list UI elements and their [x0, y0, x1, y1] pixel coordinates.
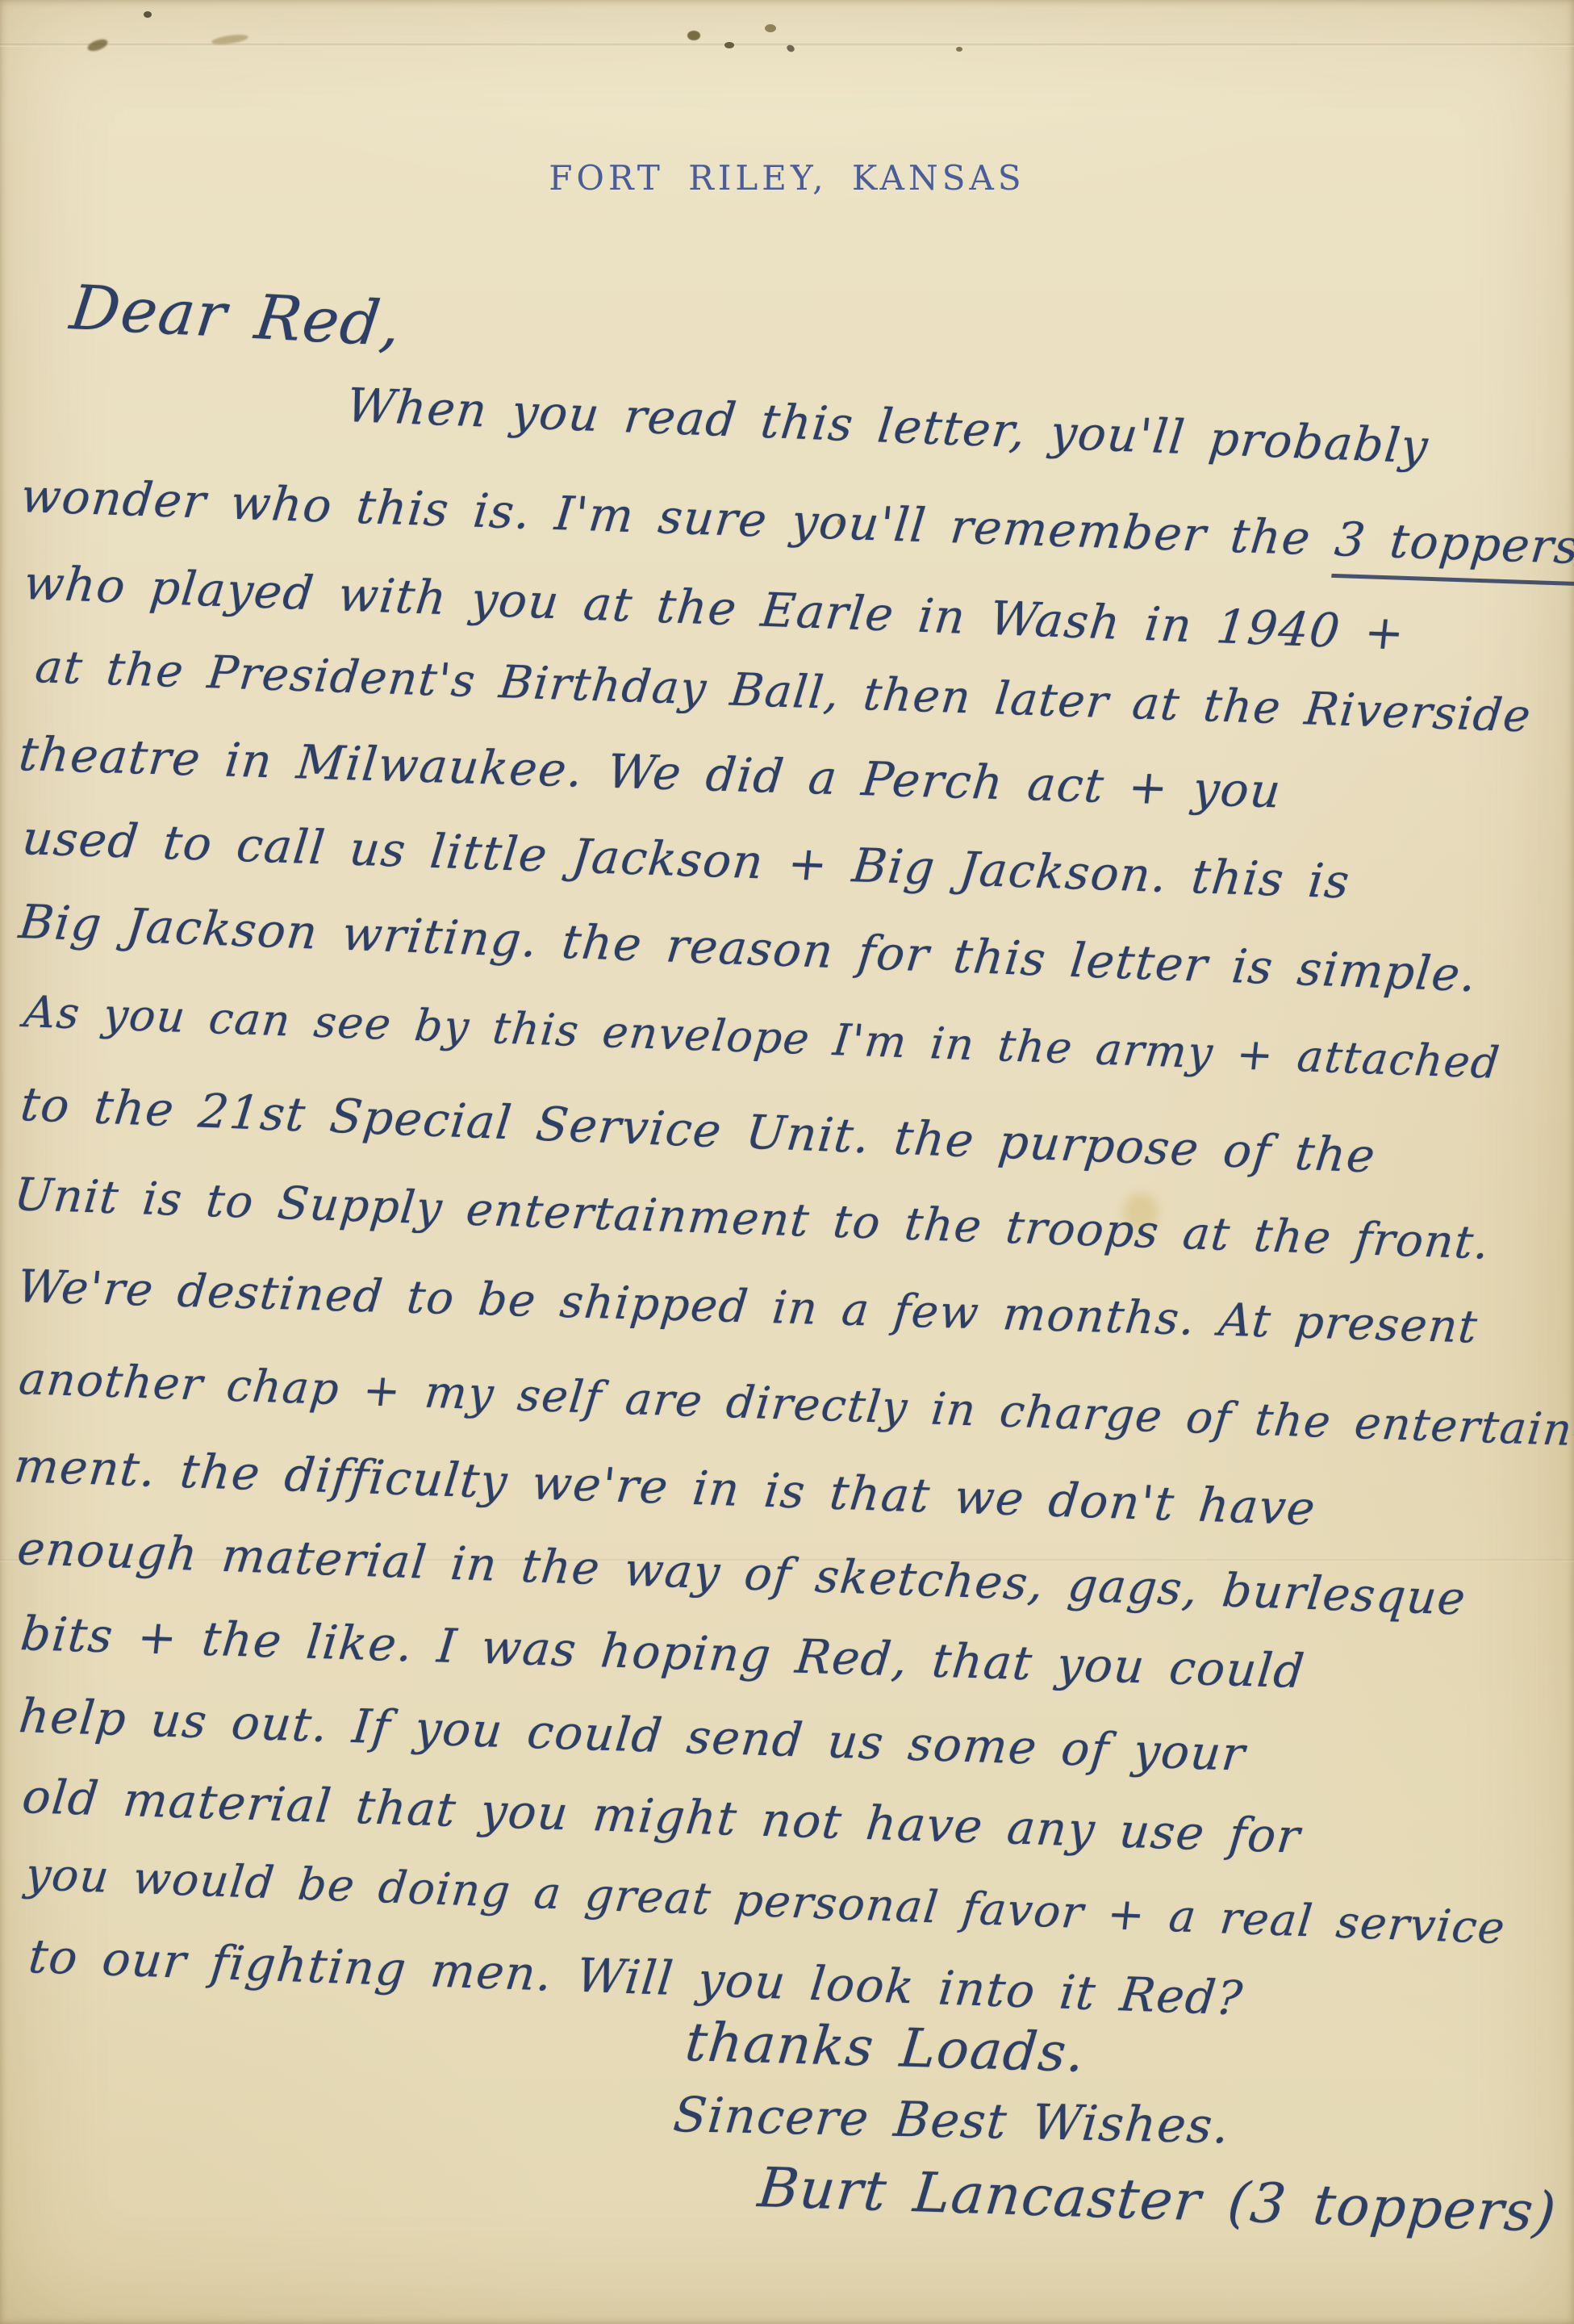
- stain: [86, 37, 110, 53]
- stain: [765, 24, 776, 32]
- handwritten-line: When you read this letter, you'll probab…: [344, 378, 1431, 474]
- letter-page: FORT RILEY, KANSAS Dear Red, When you re…: [0, 0, 1574, 2324]
- salutation: Dear Red,: [67, 271, 407, 360]
- closing-wishes: Sincere Best Wishes.: [671, 2087, 1233, 2155]
- handwritten-line: who played with you at the Earle in Wash…: [21, 555, 1408, 661]
- handwritten-line: old material that you might not have any…: [20, 1769, 1304, 1864]
- stain: [144, 11, 152, 18]
- underlined-phrase: 3 toppers: [1331, 512, 1574, 586]
- handwritten-line: help us out. If you could send us some o…: [17, 1688, 1249, 1782]
- handwritten-line: another chap + my self are directly in c…: [17, 1352, 1574, 1456]
- stain: [956, 47, 962, 52]
- handwritten-line: to the 21st Special Service Unit. the pu…: [18, 1076, 1379, 1183]
- handwritten-line: bits + the like. I was hoping Red, that …: [19, 1606, 1308, 1699]
- handwritten-line: wonder who this is. I'm sure you'll reme…: [18, 468, 1574, 575]
- handwritten-line: ment. the difficulty we're in is that we…: [11, 1438, 1318, 1536]
- handwritten-line: theatre in Milwaukee. We did a Perch act…: [17, 726, 1284, 818]
- stain: [724, 42, 734, 48]
- handwritten-line: used to call us little Jackson + Big Jac…: [19, 810, 1352, 909]
- stain: [687, 31, 700, 40]
- line-prefix: wonder who this is. I'm sure you'll reme…: [18, 468, 1338, 566]
- handwritten-line: to our fighting men. Will you look into …: [26, 1929, 1246, 2025]
- letterhead-text: FORT RILEY, KANSAS: [0, 158, 1574, 198]
- signature: Burt Lancaster (3 toppers): [755, 2156, 1559, 2245]
- handwritten-line: Big Jackson writing. the reason for this…: [16, 894, 1480, 1002]
- handwritten-line: Unit is to Supply entertainment to the t…: [12, 1168, 1493, 1269]
- closing-thanks: thanks Loads.: [683, 2011, 1088, 2084]
- handwritten-line: We're destined to be shipped in a few mo…: [15, 1260, 1480, 1353]
- handwritten-line: enough material in the way of sketches, …: [15, 1522, 1469, 1625]
- handwritten-line: As you can see by this envelope I'm in t…: [22, 986, 1503, 1089]
